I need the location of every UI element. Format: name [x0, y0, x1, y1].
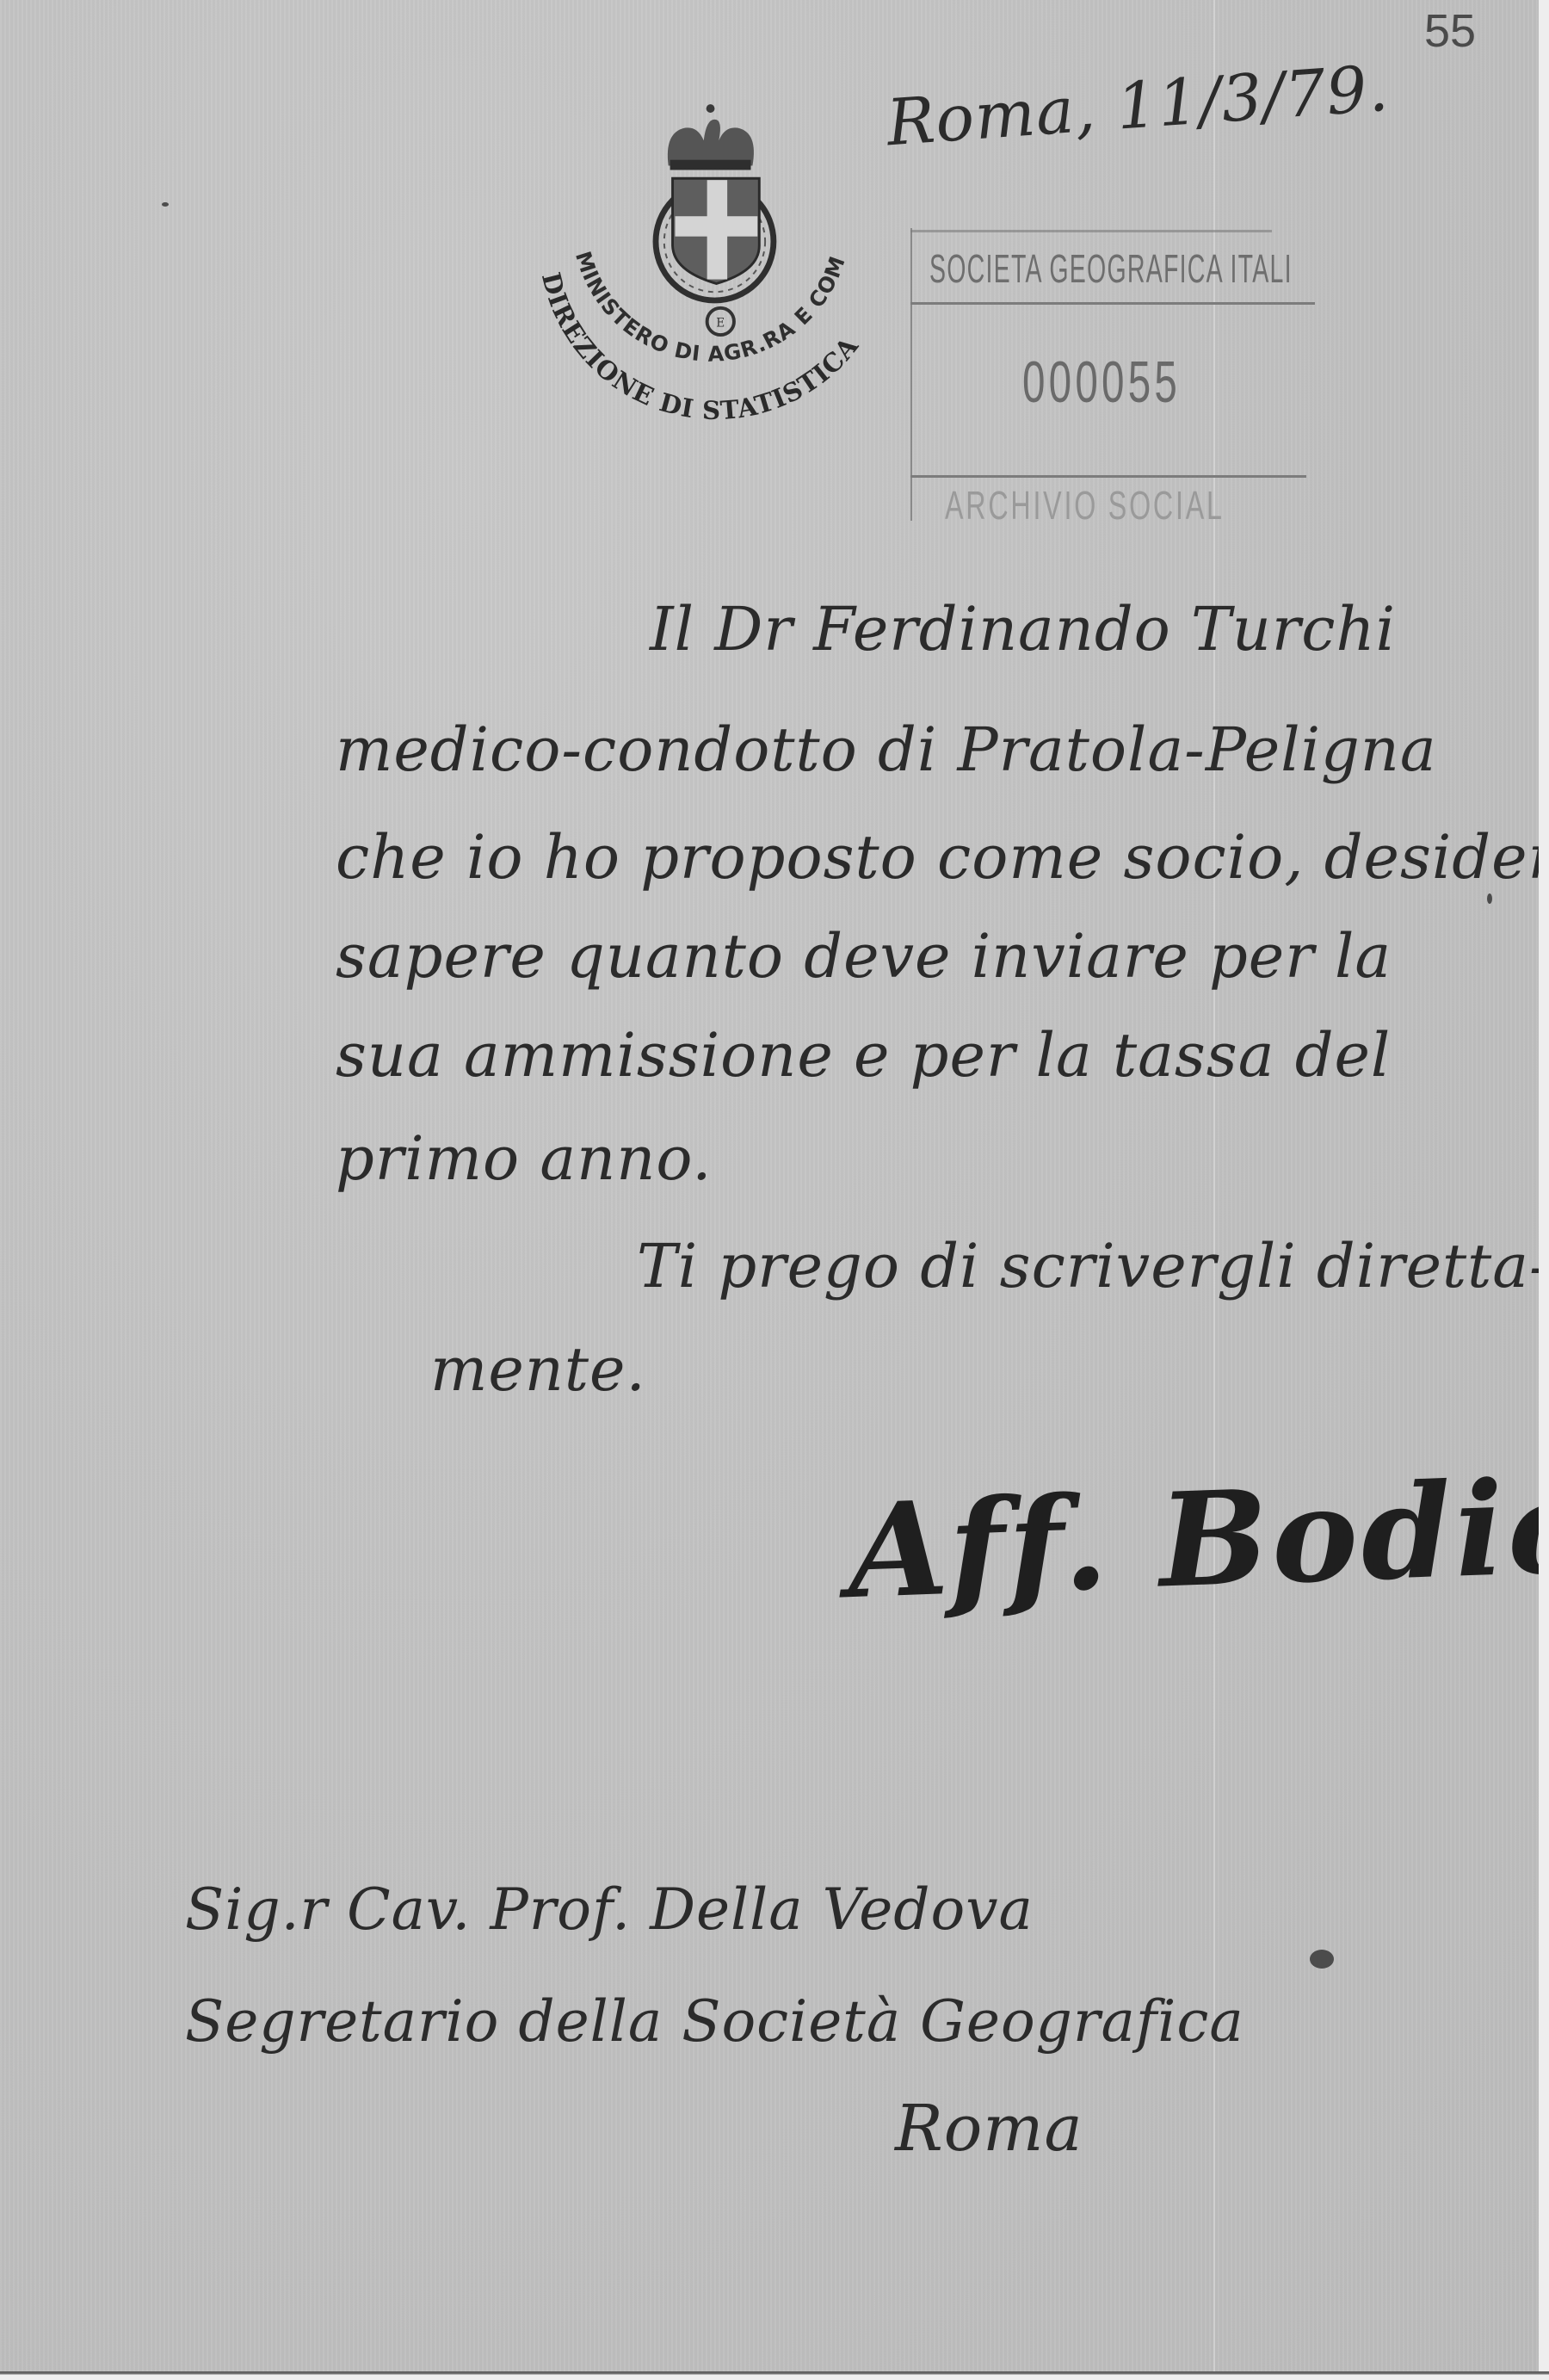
stamp-rule	[910, 475, 1306, 478]
signature: Aff. Bodio	[845, 1450, 1549, 1628]
body-line: medico-condotto di Pratola-Peligna	[336, 714, 1437, 785]
stamp-society-name: SOCIETA GEOGRAFICA ITALI	[929, 245, 1293, 292]
scan-edge	[0, 2371, 1549, 2380]
body-line: Il Dr Ferdinando Turchi	[650, 594, 1396, 665]
stamp-archive-number: 000055	[1022, 349, 1181, 416]
body-line: mente.	[430, 1334, 646, 1405]
address-line: Roma	[895, 2092, 1083, 2166]
archive-page-number: 55	[1424, 4, 1476, 58]
stamp-archive-label: ARCHIVIO SOCIAL	[945, 482, 1225, 525]
ministry-letterhead: E MINISTERO DI AGR.RA E COMMERCIO DIREZI…	[542, 90, 921, 435]
stamp-rule	[910, 230, 1272, 232]
ink-spot	[1310, 1950, 1334, 1969]
body-line: che io ho proposto come socio, desidera	[336, 822, 1549, 893]
svg-text:E: E	[716, 316, 725, 330]
body-line: sua ammissione e per la tassa del	[336, 1020, 1391, 1091]
date-line: Roma, 11/3/79.	[885, 52, 1392, 161]
body-line: Ti prego di scrivergli diretta-	[637, 1231, 1549, 1301]
crowned-savoy-cross-shield-icon: E MINISTERO DI AGR.RA E COMMERCIO DIREZI…	[542, 90, 921, 435]
address-line: Segretario della Società Geografica	[185, 1988, 1244, 2055]
archive-stamp: SOCIETA GEOGRAFICA ITALI 000055 ARCHIVIO…	[910, 219, 1375, 529]
ink-spot	[162, 202, 169, 207]
ink-spot	[1487, 893, 1492, 904]
scan-edge	[1539, 0, 1549, 2380]
address-line: Sig.r Cav. Prof. Della Vedova	[185, 1876, 1034, 1943]
stamp-rule	[910, 302, 1315, 305]
letter-paper: 55 Roma, 11/3/79. E	[0, 0, 1539, 2371]
body-line: primo anno.	[336, 1123, 713, 1194]
body-line: sapere quanto deve inviare per la	[336, 921, 1392, 992]
